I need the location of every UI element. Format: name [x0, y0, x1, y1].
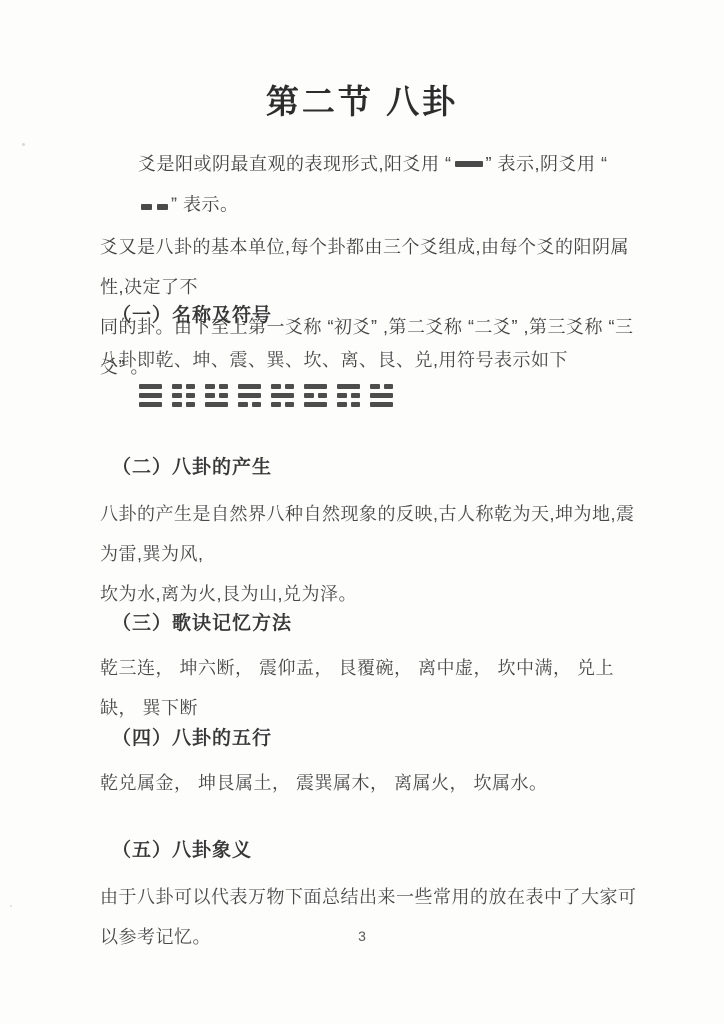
trigram-li-icon: [304, 384, 327, 411]
scan-speck: [10, 905, 12, 907]
page-title: 第二节 八卦: [0, 76, 724, 123]
trigram-kan-icon: [271, 384, 294, 411]
section-4-body: 乾兑属金， 坤艮属土， 震巽属木， 离属火， 坎属水。: [100, 763, 645, 803]
intro-line-2: 爻又是八卦的基本单位,每个卦都由三个爻组成,由每个爻的阳阴属性,决定了不: [100, 227, 640, 307]
section-1-body: 八卦即乾、坤、震、巽、坎、离、艮、兑,用符号表示如下: [100, 340, 645, 380]
section-1-heading: （一）名称及符号: [112, 300, 272, 327]
intro-line1-mid: ” 表示,阴爻用 “: [486, 154, 608, 174]
section-3-heading: （三）歌诀记忆方法: [112, 608, 292, 635]
trigram-dui-icon: [370, 384, 393, 411]
document-page: 第二节 八卦 爻是阳或阴最直观的表现形式,阳爻用 “” 表示,阴爻用 “” 表示…: [0, 0, 724, 1024]
section-2-body: 八卦的产生是自然界八种自然现象的反映,古人称乾为天,坤为地,震为雷,巽为风, 坎…: [100, 494, 645, 614]
scan-speck: [22, 143, 25, 146]
trigram-kun-icon: [172, 384, 195, 411]
section-2-body-line-1: 八卦的产生是自然界八种自然现象的反映,古人称乾为天,坤为地,震为雷,巽为风,: [100, 494, 645, 574]
trigram-gen-icon: [337, 384, 360, 411]
intro-line1-post: ” 表示。: [171, 194, 239, 214]
yang-line-icon: [455, 161, 483, 167]
section-2-heading: （二）八卦的产生: [112, 452, 272, 479]
section-3-body: 乾三连， 坤六断， 震仰盂， 艮覆碗， 离中虚， 坎中满， 兑上缺， 巽下断: [100, 648, 645, 728]
trigram-row: [139, 384, 393, 411]
section-5-body: 由于八卦可以代表万物下面总结出来一些常用的放在表中了大家可以参考记忆。: [100, 877, 645, 957]
page-number: 3: [0, 928, 724, 944]
trigram-xun-icon: [238, 384, 261, 411]
intro-line1-pre: 爻是阳或阴最直观的表现形式,阳爻用 “: [138, 154, 452, 174]
section-4-heading: （四）八卦的五行: [112, 723, 272, 750]
section-5-heading: （五）八卦象义: [112, 835, 252, 862]
intro-line-1: 爻是阳或阴最直观的表现形式,阳爻用 “” 表示,阴爻用 “” 表示。: [100, 144, 640, 227]
trigram-zhen-icon: [205, 384, 228, 411]
yin-line-icon: [103, 184, 168, 224]
trigram-qian-icon: [139, 384, 162, 411]
